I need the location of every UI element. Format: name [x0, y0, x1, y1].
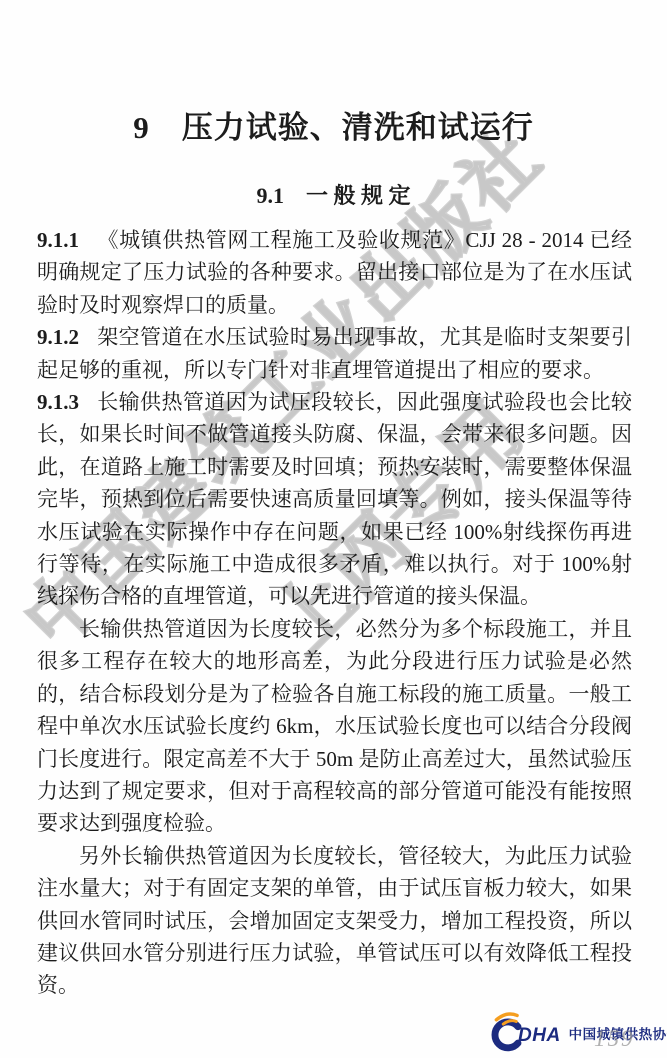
clause-number: 9.1.3: [37, 390, 79, 414]
paragraph-9-1-3: 9.1.3长输供热管道因为试压段较长，因此强度试验段也会比较长，如果长时间不做管…: [37, 386, 632, 613]
paragraph-text: 长输供热管道因为试压段较长，因此强度试验段也会比较长，如果长时间不做管道接头防腐…: [37, 390, 632, 608]
page-number: 159: [594, 1026, 635, 1052]
paragraph-segments: 长输供热管道因为长度较长，必然分为多个标段施工，并且很多工程存在较大的地形高差，…: [37, 613, 632, 840]
paragraph-text: 长输供热管道因为长度较长，必然分为多个标段施工，并且很多工程存在较大的地形高差，…: [37, 617, 632, 835]
paragraph-9-1-1: 9.1.1《城镇供热管网工程施工及验收规范》CJJ 28 - 2014 已经明确…: [37, 224, 632, 321]
paragraph-text: 架空管道在水压试验时易出现事故，尤其是临时支架要引起足够的重视，所以专门针对非直…: [37, 325, 632, 381]
paragraph-investment: 另外长输供热管道因为长度较长，管径较大，为此压力试验注水量大；对于有固定支架的单…: [37, 840, 632, 1002]
paragraph-9-1-2: 9.1.2架空管道在水压试验时易出现事故，尤其是临时支架要引起足够的重视，所以专…: [37, 321, 632, 386]
cdha-logo-abbr: DHA: [518, 1025, 561, 1047]
cdha-logo: DHA 中国城镇供热协会: [486, 1008, 667, 1054]
document-page: 中国建筑工业出版社 上网专用 9 压力试验、清洗和试运行 9.1 一 般 规 定…: [0, 0, 667, 1058]
clause-number: 9.1.1: [37, 228, 79, 252]
clause-number: 9.1.2: [37, 325, 79, 349]
section-title: 9.1 一 般 规 定: [0, 179, 667, 210]
paragraph-text: 《城镇供热管网工程施工及验收规范》CJJ 28 - 2014 已经明确规定了压力…: [37, 228, 632, 317]
body-text: 9.1.1《城镇供热管网工程施工及验收规范》CJJ 28 - 2014 已经明确…: [37, 224, 632, 1002]
chapter-title: 9 压力试验、清洗和试运行: [0, 102, 667, 147]
paragraph-text: 另外长输供热管道因为长度较长，管径较大，为此压力试验注水量大；对于有固定支架的单…: [37, 844, 632, 998]
